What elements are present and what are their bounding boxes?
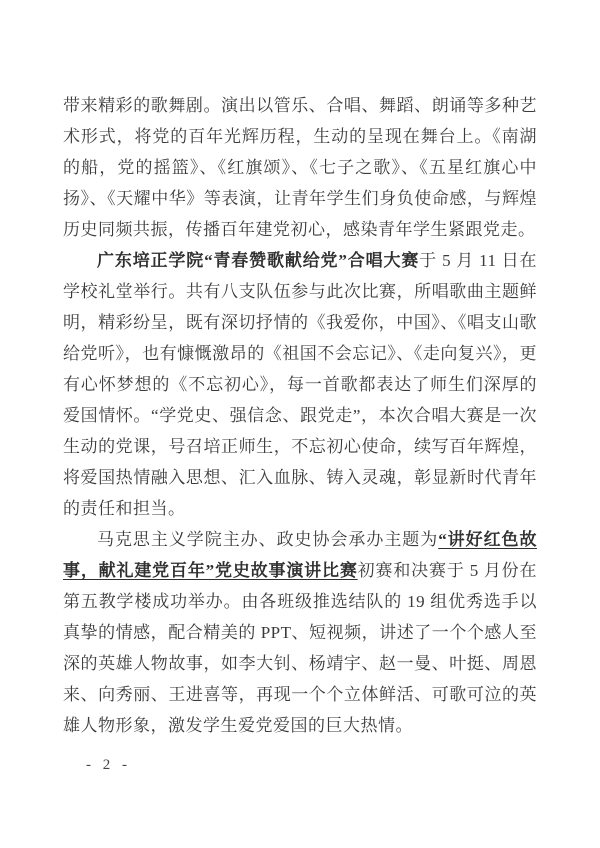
document-body: 带来精彩的歌舞剧。演出以管乐、合唱、舞蹈、朗诵等多种艺术形式，将党的百年光辉历程… xyxy=(63,90,537,741)
text-run: 带来精彩的歌舞剧。演出以管乐、合唱、舞蹈、朗诵等多种艺术形式，将党的百年光辉历程… xyxy=(63,96,537,239)
text-run: 于 5 月 11 日在学校礼堂举行。共有八支队伍参与此次比赛，所唱歌曲主题鲜明，… xyxy=(63,251,537,518)
page-number: - 2 - xyxy=(86,757,131,774)
text-run: 马克思主义学院主办、政史协会承办主题为 xyxy=(97,530,438,549)
paragraph: 带来精彩的歌舞剧。演出以管乐、合唱、舞蹈、朗诵等多种艺术形式，将党的百年光辉历程… xyxy=(63,90,537,245)
highlighted-phrase: 广东培正学院“青春赞歌献给党”合唱大赛 xyxy=(97,251,419,270)
text-run: 初赛和决赛于 5 月份在第五教学楼成功举办。由各班级推选结队的 19 组优秀选手… xyxy=(63,561,537,735)
document-page: 带来精彩的歌舞剧。演出以管乐、合唱、舞蹈、朗诵等多种艺术形式，将党的百年光辉历程… xyxy=(0,0,600,848)
paragraph: 广东培正学院“青春赞歌献给党”合唱大赛于 5 月 11 日在学校礼堂举行。共有八… xyxy=(63,245,537,524)
paragraph: 马克思主义学院主办、政史协会承办主题为“讲好红色故事，献礼建党百年”党史故事演讲… xyxy=(63,524,537,741)
